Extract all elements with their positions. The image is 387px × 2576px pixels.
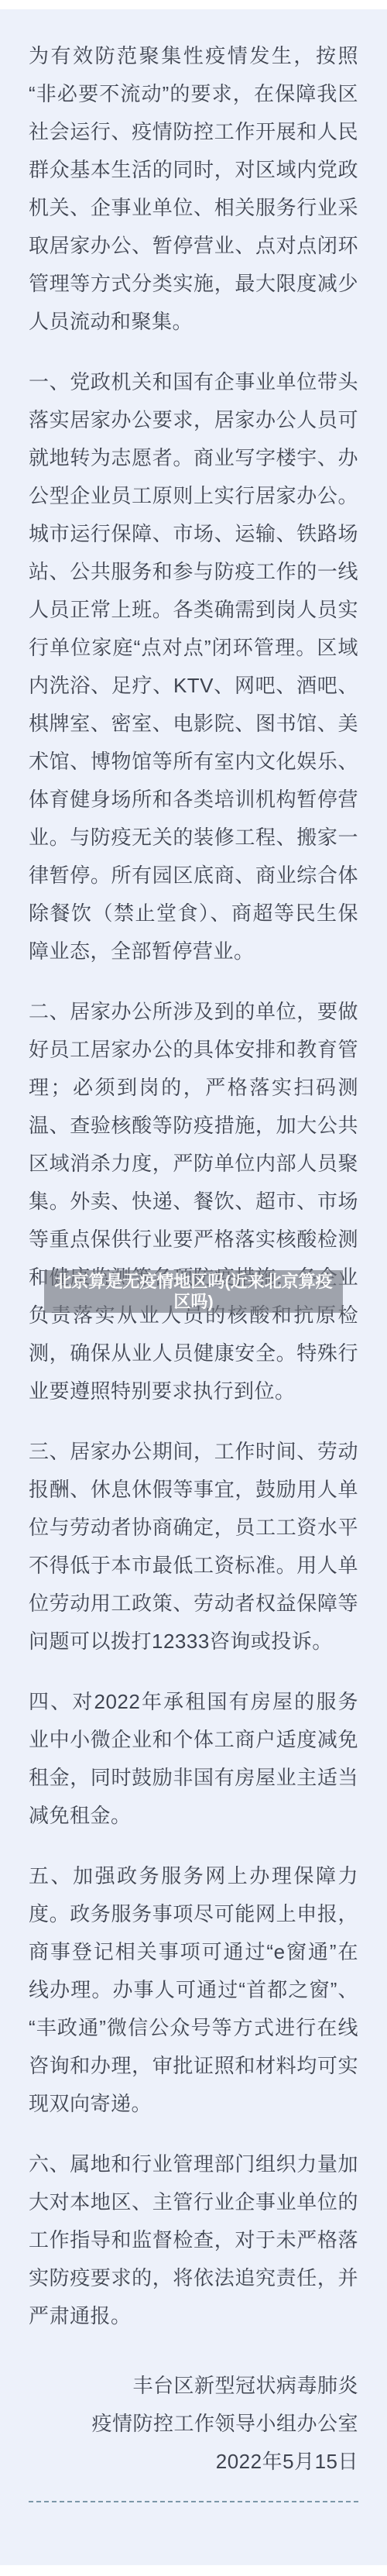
signature-org-line1: 丰台区新型冠状病毒肺炎 (29, 2367, 358, 2405)
article-page: 为有效防范聚集性疫情发生，按照“非必要不流动”的要求，在保障我区社会运行、疫情防… (0, 0, 387, 2576)
article-paragraph-6: 六、属地和行业管理部门组织力量加大对本地区、主管行业企事业单位的工作指导和监督检… (29, 2145, 358, 2335)
signature-org-line2: 疫情防控工作领导小组办公室 (29, 2405, 358, 2443)
article-paragraph-4: 四、对2022年承租国有房屋的服务业中小微企业和个体工商户适度减免租金，同时鼓励… (29, 1683, 358, 1835)
article-paragraph-2: 二、居家办公所涉及到的单位，要做好员工居家办公的具体安排和教育管理；必须到岗的，… (29, 993, 358, 1410)
article-paragraph-intro: 为有效防范聚集性疫情发生，按照“非必要不流动”的要求，在保障我区社会运行、疫情防… (29, 37, 358, 341)
article-paragraph-3: 三、居家办公期间，工作时间、劳动报酬、休息休假等事宜，鼓励用人单位与劳动者协商确… (29, 1433, 358, 1661)
watermark-title-text: 北京算是无疫情地区吗(近来北京算疫区吗) (54, 1272, 332, 1311)
article-paragraph-5: 五、加强政务服务网上办理保障力度。政务服务事项尽可能网上申报，商事登记相关事项可… (29, 1857, 358, 2123)
signature-date: 2022年5月15日 (29, 2443, 358, 2481)
watermark-title-overlay: 北京算是无疫情地区吗(近来北京算疫区吗) (44, 1270, 343, 1313)
article-paragraph-1: 一、党政机关和国有企事业单位带头落实居家办公要求，居家办公人员可就地转为志愿者。… (29, 363, 358, 970)
dashed-divider (29, 2501, 358, 2502)
signature-block: 丰台区新型冠状病毒肺炎 疫情防控工作领导小组办公室 2022年5月15日 (29, 2367, 358, 2481)
